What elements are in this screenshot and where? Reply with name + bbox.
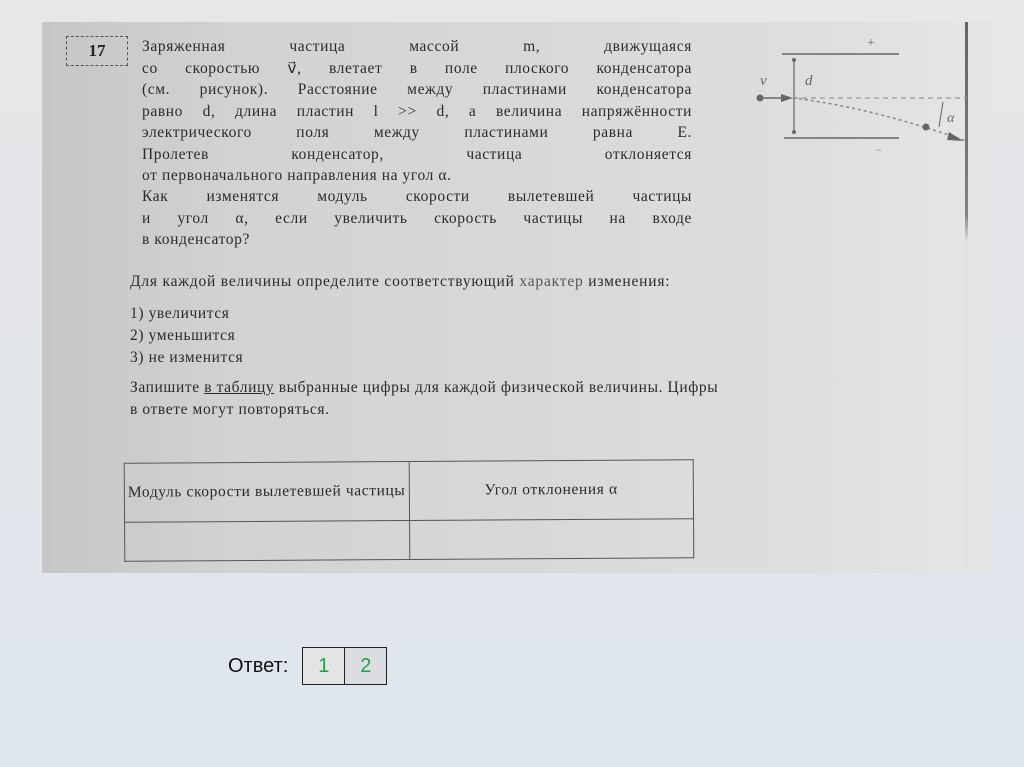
- answer-value-angle: 2: [344, 648, 386, 684]
- header-speed-modulus: Модуль скорости вылетевшей частицы: [124, 462, 409, 523]
- option-unchanged: 3) не изменится: [130, 347, 243, 369]
- table-header-row: Модуль скорости вылетевшей частицы Угол …: [124, 460, 693, 522]
- minus-label: −: [875, 143, 882, 157]
- angle-label: α: [947, 111, 955, 126]
- options-list: 1) увеличится 2) уменьшится 3) не измени…: [130, 303, 243, 369]
- capacitor-diagram: + − d v⃗ α: [727, 30, 967, 160]
- condition-line: (см. рисунок). Расстояние между пластина…: [142, 79, 692, 101]
- instruction-underlined: в таблицу: [204, 379, 274, 396]
- plus-label: +: [867, 36, 875, 51]
- answer-cell-angle[interactable]: [409, 519, 694, 560]
- option-decrease: 2) уменьшится: [130, 325, 243, 347]
- instruction-text-end: выбранные цифры для каждой физической ве…: [274, 379, 718, 396]
- prompt-text-end: изменения:: [584, 273, 671, 290]
- condition-line: электрического поля между пластинами рав…: [142, 122, 692, 144]
- question-line: и угол α, если увеличить скорость частиц…: [142, 208, 692, 230]
- task-question: Как изменятся модуль скорости вылетевшей…: [142, 186, 692, 251]
- question-line: в конденсатор?: [142, 229, 692, 251]
- table-answer-row: [125, 519, 694, 561]
- task-prompt: Для каждой величины определите соответст…: [130, 271, 970, 293]
- trajectory: [793, 98, 967, 147]
- velocity-arrow-icon: [781, 94, 793, 102]
- condition-line: со скоростью v⃗, влетает в поле плоского…: [142, 58, 692, 80]
- condition-line: Заряженная частица массой m, движущаяся: [142, 36, 692, 58]
- answer-cell-speed[interactable]: [125, 520, 410, 561]
- prompt-text: Для каждой величины определите соответст…: [130, 273, 519, 290]
- answer-value-speed: 1: [303, 648, 344, 684]
- condition-line: от первоначального направления на угол α…: [142, 165, 692, 187]
- particle-start: [757, 95, 764, 102]
- instruction-text: Запишите: [130, 379, 204, 396]
- header-deflection-angle: Угол отклонения α: [409, 460, 694, 521]
- answer-table: Модуль скорости вылетевшей частицы Угол …: [124, 459, 695, 561]
- option-increase: 1) увеличится: [130, 303, 243, 325]
- velocity-label: v⃗: [760, 73, 778, 89]
- instruction-line2: в ответе могут повторяться.: [130, 401, 330, 418]
- answer-cells: 1 2: [302, 647, 387, 685]
- task-condition: Заряженная частица массой m, движущаяся …: [142, 36, 692, 187]
- task-scan: 17 Заряженная частица массой m, движущая…: [42, 22, 992, 573]
- task-number: 17: [66, 36, 128, 66]
- question-line: Как изменятся модуль скорости вылетевшей…: [142, 186, 692, 208]
- answer-block: Ответ: 1 2: [228, 647, 387, 685]
- answer-label: Ответ:: [228, 655, 288, 678]
- scan-margin: [968, 22, 992, 573]
- condition-line: равно d, длина пластин l >> d, а величин…: [142, 101, 692, 123]
- condition-line: Пролетев конденсатор, частица отклоняетс…: [142, 144, 692, 166]
- prompt-emphasis: характер: [519, 273, 583, 290]
- distance-label: d: [805, 73, 813, 89]
- task-instruction: Запишите в таблицу выбранные цифры для к…: [130, 377, 970, 420]
- particle: [923, 124, 930, 131]
- exit-arrow-icon: [947, 132, 963, 141]
